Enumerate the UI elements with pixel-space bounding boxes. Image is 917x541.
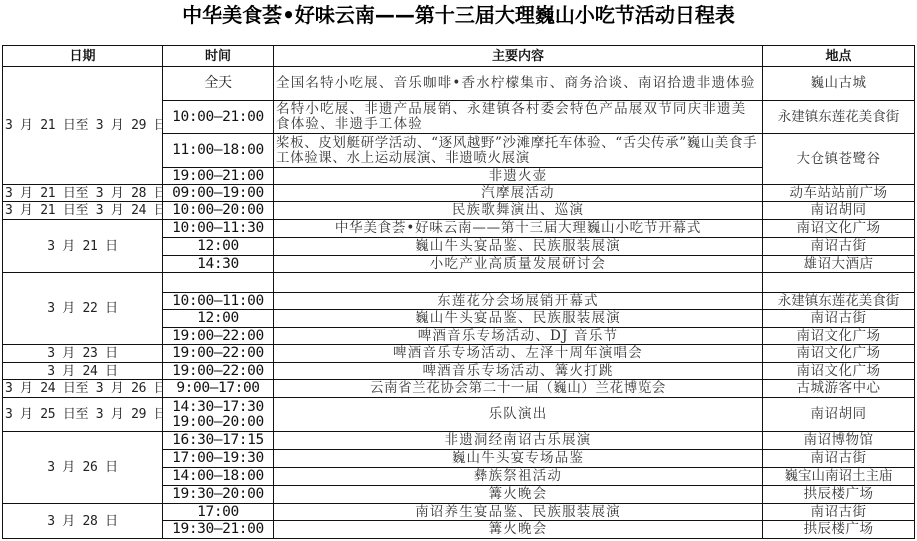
- time-cell: 17:00—19:30: [163, 450, 274, 468]
- content-cell: 篝火晚会: [274, 521, 763, 539]
- time-cell: 16:30—17:15: [163, 432, 274, 450]
- table-row: 3 月 21 日 10:00—11:30 中华美食荟•好味云南——第十三届大理巍…: [3, 220, 915, 238]
- content-cell: 巍山牛头宴品鉴、民族服装展演: [274, 310, 763, 328]
- content-cell: 名特小吃展、非遗产品展销、永建镇各村委会特色产品展双节同庆非遗美食体验、非遗手工…: [274, 101, 763, 134]
- location-cell: 拱辰楼广场: [763, 521, 915, 539]
- location-cell: 古城游客中心: [763, 380, 915, 398]
- time-cell: 10:00—11:00: [163, 293, 274, 310]
- location-cell: 南诏文化广场: [763, 363, 915, 380]
- time-cell: 14:30: [163, 256, 274, 273]
- table-header-row: 日期 时间 主要内容 地点: [3, 46, 915, 67]
- location-cell: 南诏古街: [763, 310, 915, 328]
- header-content: 主要内容: [274, 46, 763, 67]
- time-line-2: 19:00—20:00: [165, 415, 271, 430]
- time-cell: 19:00—21:00: [163, 168, 274, 185]
- location-cell: 大仓镇苍鹭谷: [763, 134, 915, 185]
- date-cell: 3 月 25 日至 3 月 29 日: [3, 398, 163, 432]
- content-cell: 巍山牛头宴专场品鉴: [274, 450, 763, 468]
- table-row: 3 月 26 日 16:30—17:15 非遗洞经南诏古乐展演 南诏博物馆: [3, 432, 915, 450]
- table-row: 3 月 21 日至 3 月 28 日 09:00—19:00 汽摩展活动 动车站…: [3, 185, 915, 202]
- header-time: 时间: [163, 46, 274, 67]
- date-cell: 3 月 22 日: [3, 273, 163, 345]
- location-cell: 南诏文化广场: [763, 345, 915, 363]
- date-cell: 3 月 23 日: [3, 345, 163, 363]
- location-cell: 巍山古城: [763, 67, 915, 101]
- location-cell: [763, 273, 915, 293]
- content-cell: 民族歌舞演出、巡演: [274, 202, 763, 220]
- date-cell: 3 月 26 日: [3, 432, 163, 504]
- content-cell: 全国名特小吃展、音乐咖啡•香水柠檬集市、商务洽谈、南诏拾遗非遗体验: [274, 67, 763, 101]
- time-cell: 11:00—18:00: [163, 134, 274, 168]
- content-cell: 啤酒音乐专场活动、左泽十周年演唱会: [274, 345, 763, 363]
- time-cell: 14:30—17:30 19:00—20:00: [163, 398, 274, 432]
- table-row: 3 月 24 日至 3 月 26 日 9:00—17:00 云南省兰花协会第二十…: [3, 380, 915, 398]
- location-cell: 南诏博物馆: [763, 432, 915, 450]
- date-cell: 3 月 21 日至 3 月 28 日: [3, 185, 163, 202]
- date-cell: 3 月 28 日: [3, 504, 163, 539]
- location-cell: 南诏文化广场: [763, 220, 915, 238]
- time-cell: 12:00: [163, 238, 274, 256]
- location-cell: 南诏古街: [763, 450, 915, 468]
- content-cell: 篝火晚会: [274, 486, 763, 504]
- time-cell: 12:00: [163, 310, 274, 328]
- table-row: 3 月 24 日 19:00—22:00 啤酒音乐专场活动、篝火打跳 南诏文化广…: [3, 363, 915, 380]
- time-cell: 10:00—11:30: [163, 220, 274, 238]
- date-cell: 3 月 21 日至 3 月 24 日: [3, 202, 163, 220]
- table-row: 3 月 23 日 19:00—22:00 啤酒音乐专场活动、左泽十周年演唱会 南…: [3, 345, 915, 363]
- content-cell: 桨板、皮划艇研学活动、“逐风越野”沙滩摩托车体验、“舌尖传承”巍山美食手工体验课…: [274, 134, 763, 168]
- content-cell: 非遗火壶: [274, 168, 763, 185]
- time-cell: 19:00—22:00: [163, 363, 274, 380]
- content-cell: 东莲花分会场展销开幕式: [274, 293, 763, 310]
- time-cell: 17:00: [163, 504, 274, 521]
- location-cell: 巍宝山南诏土主庙: [763, 468, 915, 486]
- table-row: 3 月 21 日至 3 月 24 日 10:00—20:00 民族歌舞演出、巡演…: [3, 202, 915, 220]
- content-cell: 云南省兰花协会第二十一届（巍山）兰花博览会: [274, 380, 763, 398]
- date-cell: 3 月 24 日: [3, 363, 163, 380]
- time-cell: 19:30—21:00: [163, 521, 274, 539]
- location-cell: 拱辰楼广场: [763, 486, 915, 504]
- page-title: 中华美食荟•好味云南——第十三届大理巍山小吃节活动日程表: [0, 2, 917, 28]
- time-cell: 9:00—17:00: [163, 380, 274, 398]
- location-cell: 永建镇东莲花美食街: [763, 101, 915, 134]
- content-cell: 啤酒音乐专场活动、篝火打跳: [274, 363, 763, 380]
- header-location: 地点: [763, 46, 915, 67]
- location-cell: 南诏文化广场: [763, 328, 915, 345]
- date-cell: 3 月 21 日至 3 月 29 日: [3, 67, 163, 185]
- content-cell: 南诏养生宴品鉴、民族服装展演: [274, 504, 763, 521]
- location-cell: 南诏古街: [763, 238, 915, 256]
- location-cell: 南诏胡同: [763, 202, 915, 220]
- location-cell: 雄诏大酒店: [763, 256, 915, 273]
- location-cell: 动车站站前广场: [763, 185, 915, 202]
- time-cell: [163, 273, 274, 293]
- time-cell: 14:00—18:00: [163, 468, 274, 486]
- location-cell: 永建镇东莲花美食街: [763, 293, 915, 310]
- time-cell: 19:00—22:00: [163, 328, 274, 345]
- content-cell: 啤酒音乐专场活动、DJ 音乐节: [274, 328, 763, 345]
- content-cell: 乐队演出: [274, 398, 763, 432]
- time-cell: 09:00—19:00: [163, 185, 274, 202]
- table-row: 3 月 21 日至 3 月 29 日 全天 全国名特小吃展、音乐咖啡•香水柠檬集…: [3, 67, 915, 101]
- table-row: 3 月 22 日: [3, 273, 915, 293]
- content-cell: 巍山牛头宴品鉴、民族服装展演: [274, 238, 763, 256]
- content-cell: 小吃产业高质量发展研讨会: [274, 256, 763, 273]
- location-cell: 南诏胡同: [763, 398, 915, 432]
- content-cell: 彝族祭祖活动: [274, 468, 763, 486]
- time-cell: 全天: [163, 67, 274, 101]
- time-cell: 10:00—20:00: [163, 202, 274, 220]
- table-row: 3 月 28 日 17:00 南诏养生宴品鉴、民族服装展演 南诏古街: [3, 504, 915, 521]
- content-cell: 非遗洞经南诏古乐展演: [274, 432, 763, 450]
- time-cell: 19:00—22:00: [163, 345, 274, 363]
- table-row: 3 月 25 日至 3 月 29 日 14:30—17:30 19:00—20:…: [3, 398, 915, 432]
- header-date: 日期: [3, 46, 163, 67]
- date-cell: 3 月 24 日至 3 月 26 日: [3, 380, 163, 398]
- content-cell: 汽摩展活动: [274, 185, 763, 202]
- schedule-table: 日期 时间 主要内容 地点 3 月 21 日至 3 月 29 日 全天 全国名特…: [2, 45, 915, 539]
- time-line-1: 14:30—17:30: [165, 400, 271, 415]
- time-cell: 19:30—20:00: [163, 486, 274, 504]
- location-cell: 南诏古街: [763, 504, 915, 521]
- time-cell: 10:00—21:00: [163, 101, 274, 134]
- date-cell: 3 月 21 日: [3, 220, 163, 273]
- content-cell: [274, 273, 763, 293]
- content-cell: 中华美食荟•好味云南——第十三届大理巍山小吃节开幕式: [274, 220, 763, 238]
